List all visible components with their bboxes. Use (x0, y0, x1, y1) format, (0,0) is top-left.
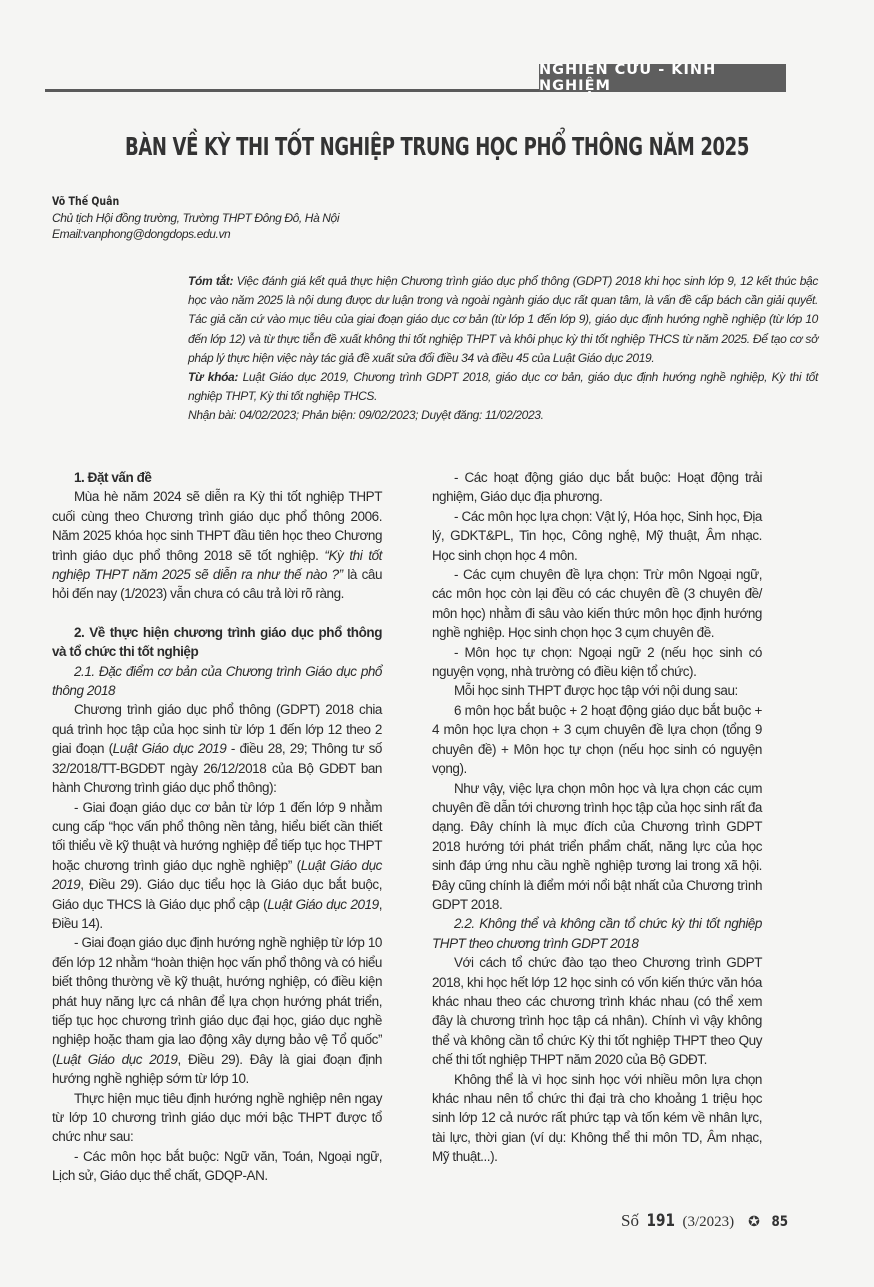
keywords-paragraph: Từ khóa: Luật Giáo dục 2019, Chương trìn… (188, 368, 818, 406)
right-column: - Các hoạt động giáo dục bắt buộc: Hoạt … (432, 468, 762, 1167)
page-number: 85 (771, 1214, 788, 1230)
abstract-paragraph: Tóm tắt: Việc đánh giá kết quả thực hiện… (188, 272, 818, 368)
body-paragraph: - Các môn học bắt buộc: Ngữ văn, Toán, N… (52, 1147, 382, 1186)
author-name: Võ Thế Quân (52, 193, 287, 210)
author-block: Võ Thế Quân Chủ tịch Hội đồng trường, Tr… (52, 193, 339, 243)
body-paragraph: Thực hiện mục tiêu định hướng nghề nghiệ… (52, 1089, 382, 1147)
author-affiliation: Chủ tịch Hội đồng trường, Trường THPT Đô… (52, 210, 339, 227)
issue-prefix: Số (621, 1211, 639, 1231)
body-paragraph: Mỗi học sinh THPT được học tập với nội d… (432, 681, 762, 700)
issue-number: 191 (647, 1211, 675, 1231)
abstract-block: Tóm tắt: Việc đánh giá kết quả thực hiện… (188, 272, 818, 426)
section-2-2-heading: 2.2. Không thể và không cần tổ chức kỳ t… (432, 914, 762, 953)
header-rule (45, 89, 540, 92)
keywords-label: Từ khóa: (188, 370, 238, 384)
body-paragraph: - Các cụm chuyên đề lựa chọn: Trừ môn Ng… (432, 565, 762, 643)
body-paragraph: Chương trình giáo dục phổ thông (GDPT) 2… (52, 700, 382, 797)
body-paragraph: - Giai đoạn giáo dục định hướng nghề ngh… (52, 933, 382, 1088)
left-column: 1. Đặt vấn đề Mùa hè năm 2024 sẽ diễn ra… (52, 468, 382, 1186)
abstract-text: Việc đánh giá kết quả thực hiện Chương t… (188, 274, 818, 365)
author-email: Email:vanphong@dongdops.edu.vn (52, 226, 339, 243)
body-paragraph: Với cách tổ chức đào tạo theo Chương trì… (432, 953, 762, 1069)
section-2-1-heading: 2.1. Đặc điểm cơ bản của Chương trình Gi… (52, 662, 382, 701)
abstract-label: Tóm tắt: (188, 274, 233, 288)
section-1-paragraph: Mùa hè năm 2024 sẽ diễn ra Kỳ thi tốt ng… (52, 487, 382, 603)
section-2-heading: 2. Về thực hiện chương trình giáo dục ph… (52, 623, 382, 662)
law-citation: Luật Giáo dục 2019 (56, 1052, 177, 1067)
article-title: BÀN VỀ KỲ THI TỐT NGHIỆP TRUNG HỌC PHỔ T… (122, 132, 751, 161)
body-paragraph: - Các môn học lựa chọn: Vật lý, Hóa học,… (432, 507, 762, 565)
keywords-text: Luật Giáo dục 2019, Chương trình GDPT 20… (188, 370, 818, 403)
body-paragraph: - Giai đoạn giáo dục cơ bản từ lớp 1 đến… (52, 798, 382, 934)
section-badge: NGHIÊN CỨU - KINH NGHIỆM (539, 64, 786, 92)
body-paragraph: 6 môn học bắt buộc + 2 hoạt động giáo dụ… (432, 701, 762, 779)
section-label: NGHIÊN CỨU - KINH NGHIỆM (539, 62, 786, 94)
text-span: - Giai đoạn giáo dục định hướng nghề ngh… (52, 935, 382, 1066)
body-paragraph: - Môn học tự chọn: Ngoại ngữ 2 (nếu học … (432, 643, 762, 682)
body-paragraph: Như vậy, việc lựa chọn môn học và lựa ch… (432, 779, 762, 915)
journal-page: NGHIÊN CỨU - KINH NGHIỆM BÀN VỀ KỲ THI T… (0, 0, 874, 1287)
sun-icon: ✪ (748, 1214, 760, 1231)
issue-date: (3/2023) (682, 1214, 734, 1231)
body-paragraph: - Các hoạt động giáo dục bắt buộc: Hoạt … (432, 468, 762, 507)
page-footer: Số 191 (3/2023) ✪ 85 (621, 1211, 789, 1231)
law-citation: Luật Giáo dục 2019 (113, 741, 227, 756)
article-dates: Nhận bài: 04/02/2023; Phản biện: 09/02/2… (188, 406, 818, 425)
section-1-heading: 1. Đặt vấn đề (52, 468, 382, 487)
law-citation: Luật Giáo dục 2019 (267, 897, 378, 912)
body-paragraph: Không thể là vì học sinh học với nhiều m… (432, 1070, 762, 1167)
